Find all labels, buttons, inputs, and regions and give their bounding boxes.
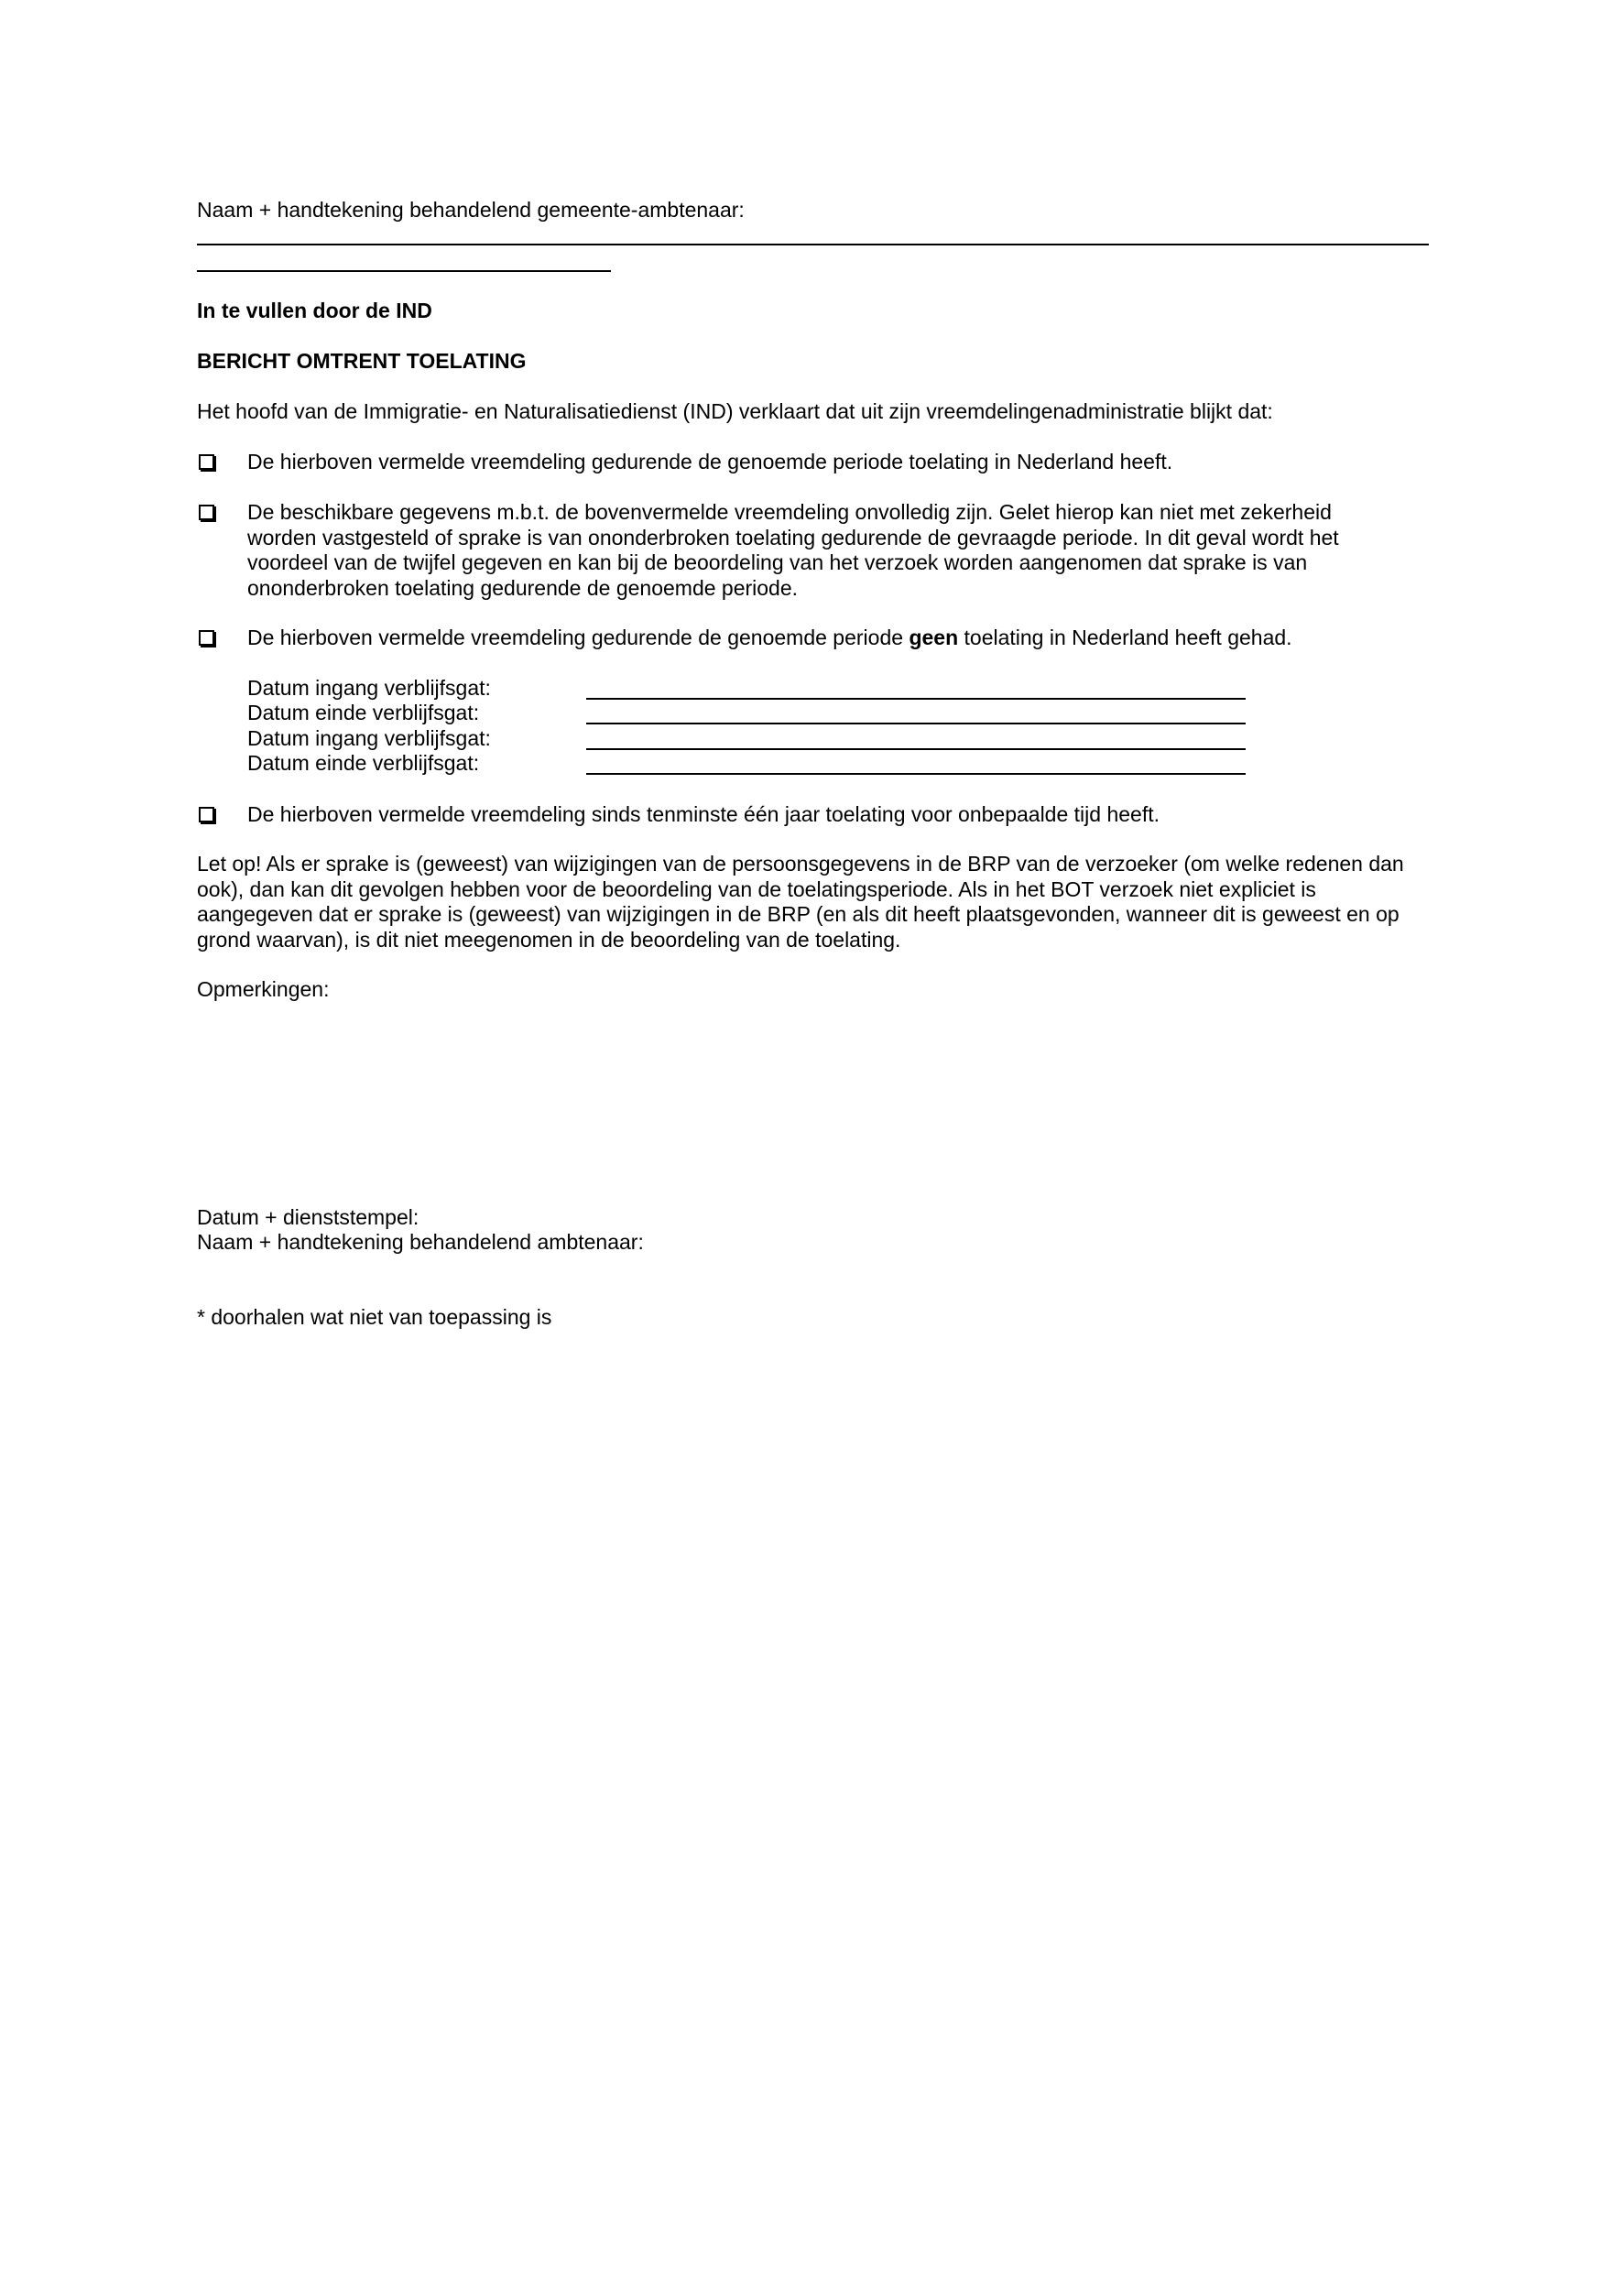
residence-gap-field[interactable]	[586, 723, 1246, 724]
ind-section-title: BERICHT OMTRENT TOELATING	[197, 349, 526, 374]
residence-gap-label: Datum einde verblijfsgat:	[247, 701, 479, 725]
municipal-signature-label: Naam + handtekening behandelend gemeente…	[197, 198, 745, 223]
remarks-field[interactable]	[197, 1007, 1429, 1191]
remarks-label: Opmerkingen:	[197, 977, 329, 1002]
option-geen-toelating[interactable]: De hierboven vermelde vreemdeling gedure…	[197, 626, 1429, 651]
option-text: De hierboven vermelde vreemdeling gedure…	[247, 626, 1429, 651]
ind-intro-text: Het hoofd van de Immigratie- en Naturali…	[197, 399, 1273, 424]
residence-gap-label: Datum ingang verblijfsgat:	[247, 726, 491, 751]
residence-gap-row: Datum ingang verblijfsgat:	[247, 676, 1438, 701]
emphasis-geen: geen	[909, 626, 958, 649]
checkbox-icon[interactable]	[199, 630, 214, 646]
option-text: De beschikbare gegevens m.b.t. de bovenv…	[247, 500, 1383, 601]
date-stamp-label: Datum + dienststempel:	[197, 1205, 419, 1230]
checkbox-icon[interactable]	[199, 454, 214, 470]
footnote: * doorhalen wat niet van toepassing is	[197, 1305, 551, 1330]
residence-gap-row: Datum einde verblijfsgat:	[247, 751, 1438, 776]
residence-gap-field[interactable]	[586, 698, 1246, 700]
option-onvolledig[interactable]: De beschikbare gegevens m.b.t. de bovenv…	[197, 500, 1429, 601]
option-onbepaalde-tijd[interactable]: De hierboven vermelde vreemdeling sinds …	[197, 802, 1429, 828]
residence-gap-label: Datum einde verblijfsgat:	[247, 751, 479, 776]
municipal-signature-line-2[interactable]	[197, 270, 611, 272]
option-toelating[interactable]: De hierboven vermelde vreemdeling gedure…	[197, 450, 1429, 475]
brp-notice: Let op! Als er sprake is (geweest) van w…	[197, 852, 1429, 952]
residence-gap-label: Datum ingang verblijfsgat:	[247, 676, 491, 701]
residence-gap-field[interactable]	[586, 748, 1246, 750]
option-text: De hierboven vermelde vreemdeling sinds …	[247, 802, 1429, 828]
residence-gap-row: Datum einde verblijfsgat:	[247, 701, 1438, 725]
checkbox-icon[interactable]	[199, 505, 214, 520]
residence-gap-row: Datum ingang verblijfsgat:	[247, 726, 1438, 751]
municipal-signature-line-1[interactable]	[197, 244, 1429, 245]
official-signature-label: Naam + handtekening behandelend ambtenaa…	[197, 1230, 644, 1255]
ind-section-subtitle: In te vullen door de IND	[197, 299, 432, 323]
checkbox-icon[interactable]	[199, 807, 214, 822]
residence-gap-field[interactable]	[586, 773, 1246, 775]
option-text: De hierboven vermelde vreemdeling gedure…	[247, 450, 1429, 475]
